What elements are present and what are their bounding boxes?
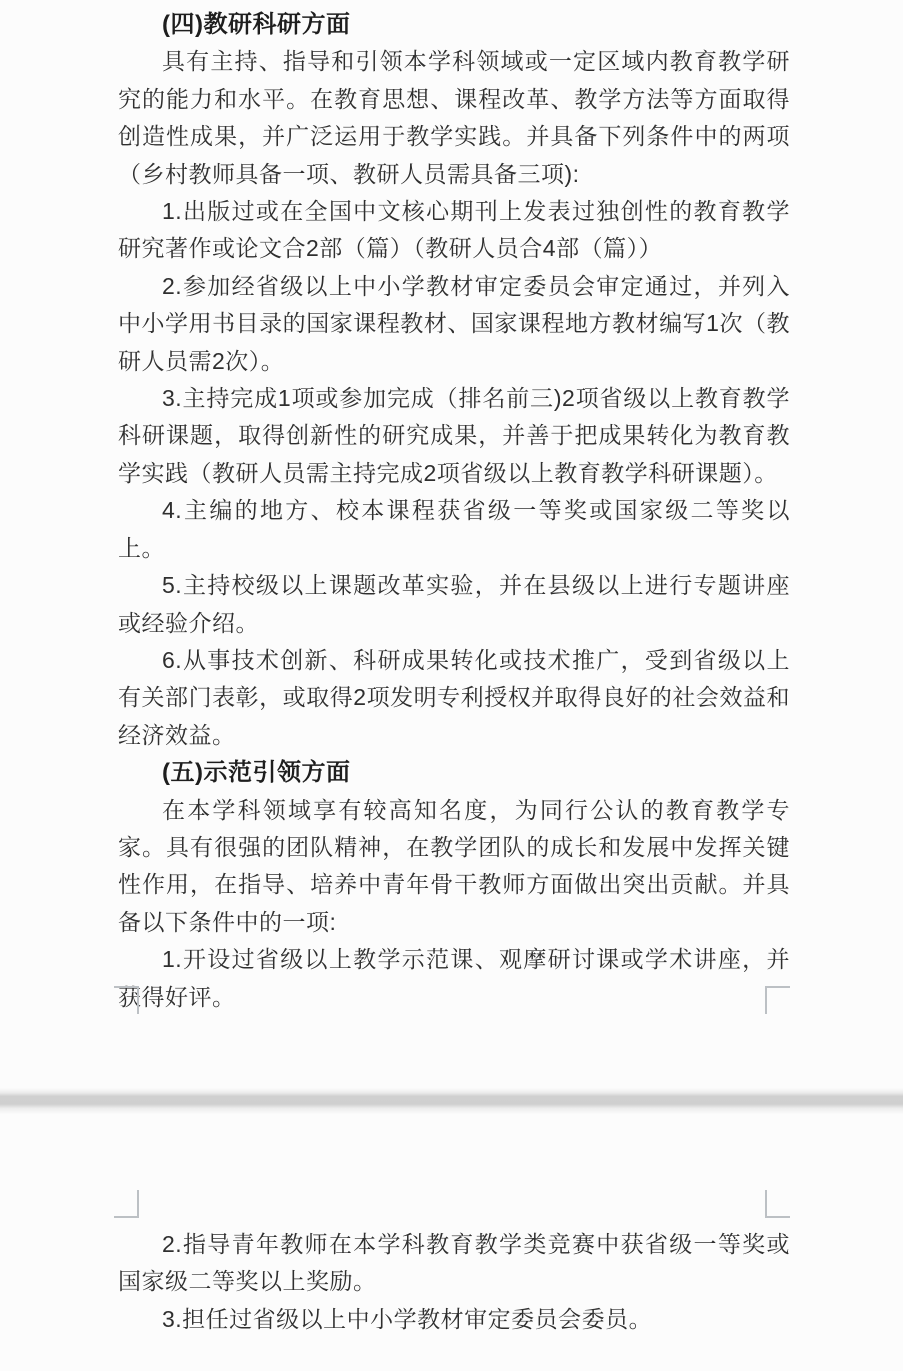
page-separator-band (0, 1088, 903, 1114)
paragraph-item-3: 3.主持完成1项或参加完成（排名前三)2项省级以上教育教学科研课题，取得创新性的… (118, 380, 790, 492)
paragraph-item-1: 1.出版过或在全国中文核心期刊上发表过独创性的教育教学研究著作或论文合2部（篇）… (118, 193, 790, 268)
page1-margin-corner-mark-left (114, 986, 139, 1014)
page-1-text-area: (四)教研科研方面 具有主持、指导和引领本学科领域或一定区域内教育教学研究的能力… (118, 6, 790, 1016)
section-heading-4: (四)教研科研方面 (118, 6, 790, 43)
paragraph-item-2-sec5: 2.指导青年教师在本学科教育教学类竞赛中获省级一等奖或国家级二等奖以上奖励。 (118, 1226, 790, 1301)
document-viewer: (四)教研科研方面 具有主持、指导和引领本学科领域或一定区域内教育教学研究的能力… (0, 0, 903, 1371)
paragraph-item-4: 4.主编的地方、校本课程获省级一等奖或国家级二等奖以上。 (118, 492, 790, 567)
paragraph-item-1-sec5: 1.开设过省级以上教学示范课、观摩研讨课或学术讲座，并获得好评。 (118, 941, 790, 1016)
paragraph-item-5: 5.主持校级以上课题改革实验，并在县级以上进行专题讲座或经验介绍。 (118, 567, 790, 642)
paragraph-item-6: 6.从事技术创新、科研成果转化或技术推广，受到省级以上有关部门表彰，或取得2项发… (118, 642, 790, 754)
paragraph-item-2: 2.参加经省级以上中小学教材审定委员会审定通过，并列入中小学用书目录的国家课程教… (118, 268, 790, 380)
paragraph-intro-4: 具有主持、指导和引领本学科领域或一定区域内教育教学研究的能力和水平。在教育思想、… (118, 43, 790, 193)
page1-margin-corner-mark-right (765, 986, 790, 1014)
section-heading-5: (五)示范引领方面 (118, 754, 790, 791)
paragraph-item-3-sec5: 3.担任过省级以上中小学教材审定委员会委员。 (118, 1301, 790, 1338)
page-2-text-area: 2.指导青年教师在本学科教育教学类竞赛中获省级一等奖或国家级二等奖以上奖励。 3… (118, 1226, 790, 1338)
page2-margin-corner-mark-left (114, 1190, 139, 1218)
page2-margin-corner-mark-right (765, 1190, 790, 1218)
paragraph-intro-5: 在本学科领域享有较高知名度，为同行公认的教育教学专家。具有很强的团队精神，在教学… (118, 792, 790, 942)
